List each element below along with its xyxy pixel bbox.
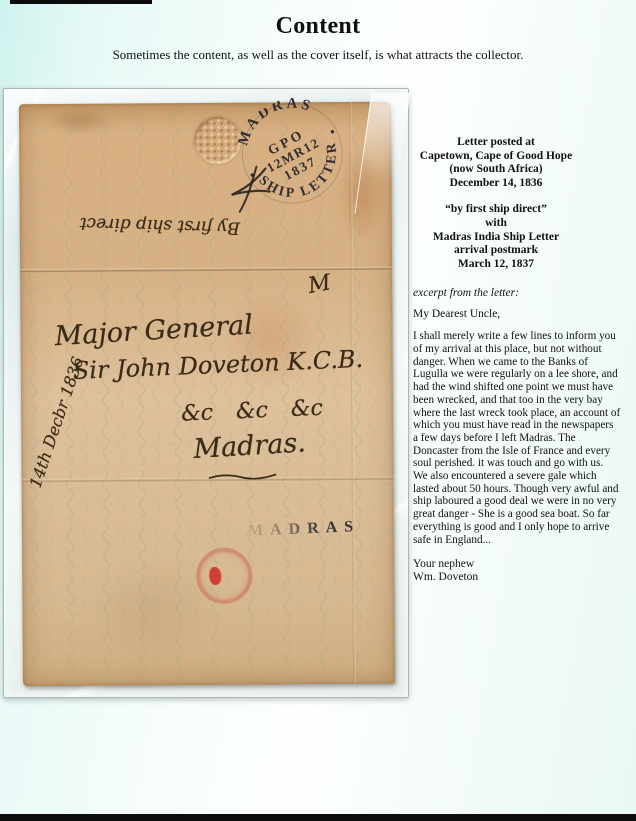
page-subtitle: Sometimes the content, as well as the co… bbox=[0, 47, 636, 63]
address-underline-flourish bbox=[208, 471, 278, 483]
pen-initial-mark: M bbox=[306, 270, 333, 299]
caption-column: Letter posted at Capetown, Cape of Good … bbox=[413, 136, 627, 584]
exhibit-page: Content Sometimes the content, as well a… bbox=[0, 0, 636, 821]
excerpt-label: excerpt from the letter: bbox=[413, 287, 627, 299]
red-seal-blob bbox=[209, 567, 221, 585]
protective-sleeve: MADRAS SHIP LETTER GPO 12MR12 1837 By fi… bbox=[3, 88, 409, 698]
caption-posting-block: Letter posted at Capetown, Cape of Good … bbox=[413, 136, 579, 190]
red-wax-seal-mark bbox=[196, 548, 252, 604]
pen-rate-mark bbox=[225, 164, 279, 214]
caption-routing-block: “by first ship direct” with Madras India… bbox=[413, 203, 579, 271]
scan-artifact-top bbox=[10, 0, 152, 4]
scan-artifact-bottom bbox=[0, 814, 636, 821]
page-title: Content bbox=[0, 13, 636, 40]
excerpt-signoff: Your nephew Wm. Doveton bbox=[413, 558, 627, 584]
excerpt-body: I shall merely write a few lines to info… bbox=[413, 330, 627, 546]
folded-letter-cover: MADRAS SHIP LETTER GPO 12MR12 1837 By fi… bbox=[19, 102, 395, 687]
excerpt-greeting: My Dearest Uncle, bbox=[413, 308, 627, 320]
